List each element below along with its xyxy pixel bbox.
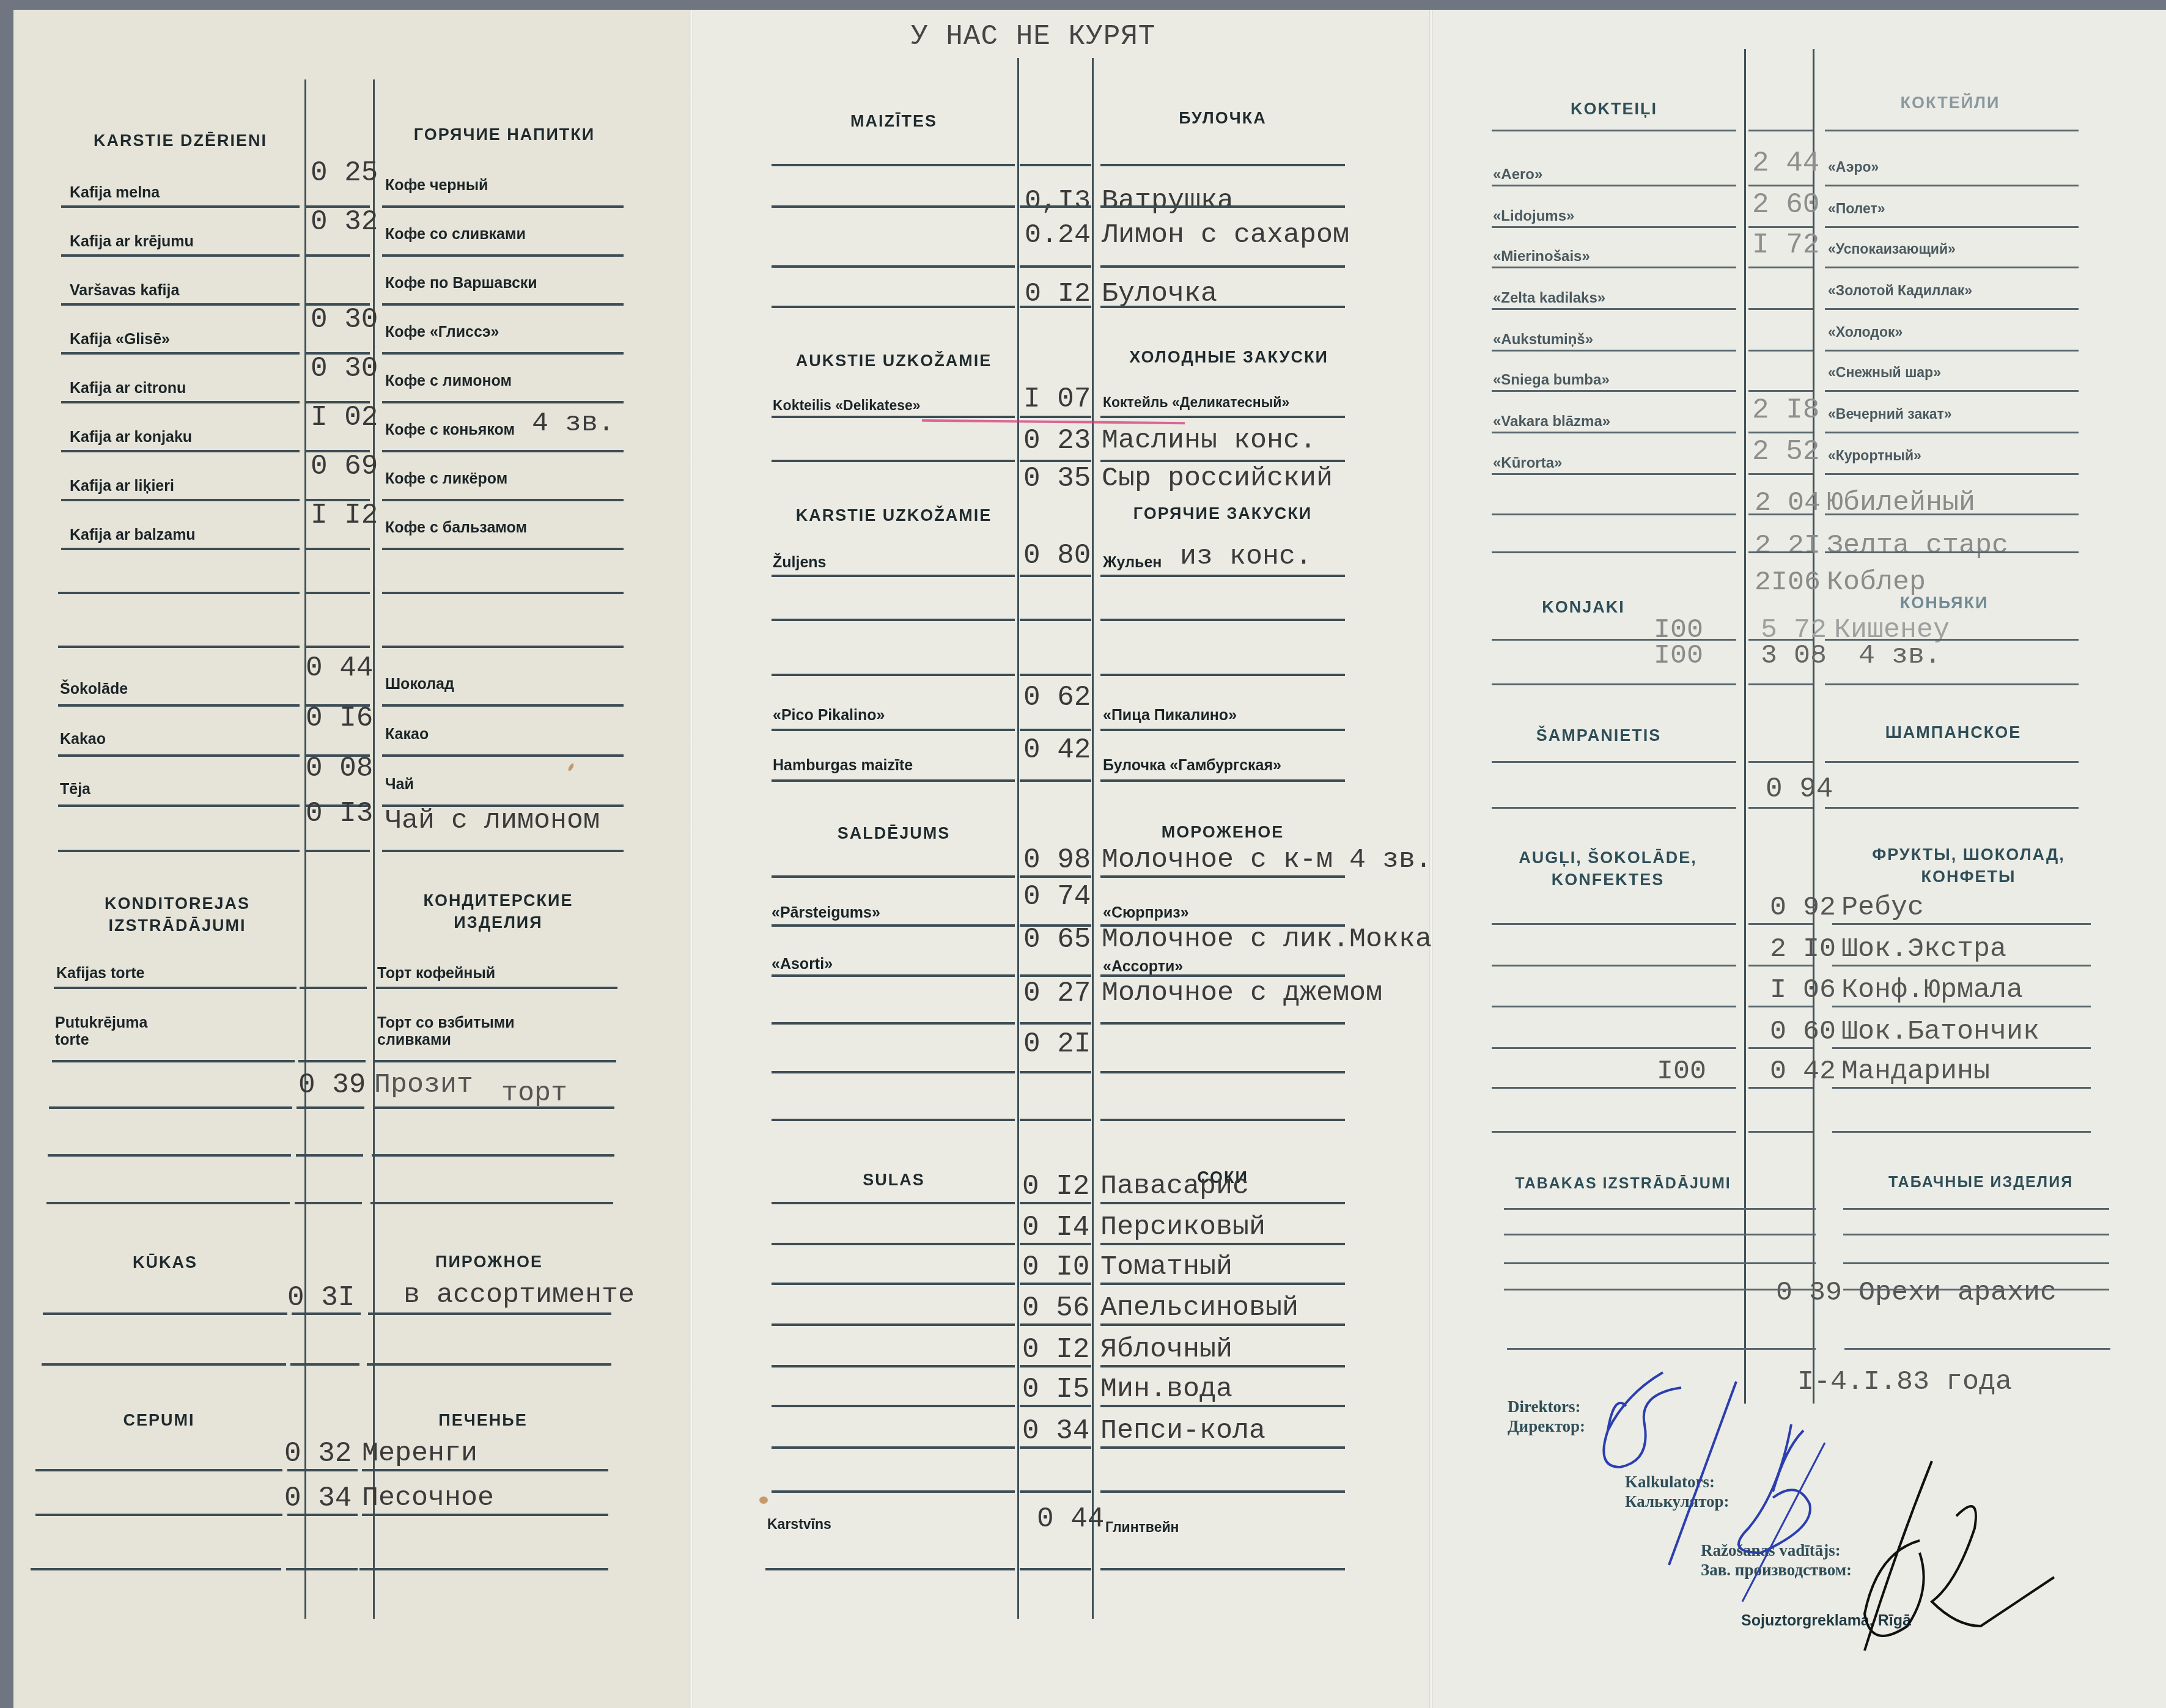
menu-item-ru-typed: Апельсиновый: [1100, 1294, 1298, 1322]
row-rule-price: [1020, 1568, 1091, 1570]
row-rule-left: [1492, 308, 1736, 310]
row-rule-price: [1020, 1022, 1091, 1025]
menu-item-price: 0 25: [311, 159, 378, 187]
row-rule-left: [54, 987, 297, 989]
row-rule-right: [362, 1469, 608, 1471]
row-rule-right: [1832, 1047, 2091, 1049]
menu-item-lv: Kakao: [60, 730, 106, 748]
menu-item-lv: «Asorti»: [772, 955, 833, 973]
row-rule-left: [772, 1365, 1015, 1368]
row-rule-right: [382, 850, 624, 852]
menu-item-ru: Какао: [385, 725, 429, 743]
menu-item-lv: «Lidojums»: [1493, 208, 1574, 226]
row-rule-left: [1492, 1087, 1736, 1089]
menu-item-price: I 02: [311, 403, 378, 432]
row-rule-right: [1100, 1365, 1345, 1368]
row-rule-price: [1748, 473, 1813, 475]
section-header-lv: CEPUMI: [37, 1409, 281, 1431]
row-rule-left: [43, 1312, 287, 1315]
row-rule-right: [1100, 1119, 1345, 1121]
menu-item-price: 2 60: [1752, 191, 1819, 219]
section-header-lv: KARSTIE DZĒRIENI: [61, 130, 300, 152]
section-header-lv: AUKSTIE UZKOŽAMIE: [772, 350, 1016, 372]
menu-item-price: 0 39: [1776, 1279, 1842, 1306]
row-rule-price: [1020, 205, 1091, 208]
menu-item-ru-typed: Маслины конс.: [1102, 427, 1316, 454]
row-rule-left: [1492, 514, 1736, 515]
menu-item-lv: Kafija «Glisē»: [70, 330, 170, 348]
row-rule-left: [35, 1514, 282, 1516]
menu-item-ru: «Ассорти»: [1103, 957, 1183, 976]
menu-item-price: 0 69: [311, 452, 378, 480]
row-rule-left: [1492, 432, 1736, 433]
menu-item-price: 0 42: [1023, 736, 1091, 764]
row-rule-price: [1748, 1131, 1813, 1133]
menu-item-ru: «Аэро»: [1828, 159, 1879, 176]
menu-item-price: 2 2I: [1755, 532, 1821, 559]
menu-item-price: I 06: [1770, 976, 1836, 1004]
menu-item-ru-typed: в ассортименте: [403, 1281, 635, 1309]
row-rule-left: [31, 1568, 281, 1570]
row-rule-price: [300, 987, 367, 989]
row-rule-price: [1020, 1365, 1091, 1368]
menu-item-ru: Кофе с бальзамом: [385, 518, 527, 537]
cognac-qty: I00: [1654, 642, 1703, 669]
row-rule-price: [1020, 729, 1091, 731]
row-rule-right: [382, 205, 624, 208]
row-rule-price: [1748, 1087, 1813, 1089]
row-rule-right: [382, 254, 624, 257]
menu-item-price: 2 04: [1755, 489, 1821, 517]
row-rule-left: [1492, 807, 1736, 809]
row-rule-right: [382, 499, 624, 501]
row-rule-left: [772, 674, 1015, 676]
row-rule-left: [1492, 1006, 1736, 1007]
menu-item-ru-typed: Пепси-кола: [1100, 1417, 1265, 1445]
row-rule-price: [1748, 308, 1813, 310]
row-rule-left: [772, 164, 1015, 166]
row-rule-price: [298, 1060, 366, 1062]
menu-item-price: 2 52: [1752, 438, 1819, 466]
section-header-ru: ФРУКТЫ, ШОКОЛАД, КОНФЕТЫ: [1840, 844, 2097, 888]
row-rule-right: [1100, 460, 1345, 462]
section-header-ru: ПИРОЖНОЕ: [367, 1251, 611, 1273]
fruit-qty: I00: [1657, 1058, 1706, 1085]
row-rule-right: [1100, 205, 1345, 208]
row-rule-price: [1756, 1348, 1816, 1350]
menu-item-ru-typed: Мандарины: [1841, 1058, 1990, 1085]
row-rule-price: [1020, 416, 1091, 418]
menu-item-price: 0 44: [1037, 1505, 1104, 1533]
menu-item-price: 0 23: [1023, 427, 1091, 455]
row-rule-right: [1100, 1568, 1345, 1570]
row-rule-right: [1825, 390, 2079, 392]
menu-item-price: 0 3I: [287, 1284, 355, 1312]
row-rule-right: [1100, 729, 1345, 731]
row-rule-right: [1844, 1348, 2110, 1350]
menu-item-price: I 07: [1023, 385, 1091, 413]
menu-item-lv: Kafija ar balzamu: [70, 526, 196, 544]
row-rule-left: [61, 499, 300, 501]
menu-item-ru-typed: Молочное с к-м 4 зв.: [1102, 846, 1432, 874]
menu-item-ru: Глинтвейн: [1105, 1519, 1179, 1536]
menu-item-ru-typed: Булочка: [1102, 280, 1217, 307]
row-rule-price: [306, 592, 370, 594]
stain: [759, 1496, 768, 1504]
section-header-lv: SULAS: [772, 1169, 1016, 1191]
row-rule-price: [1755, 1262, 1816, 1264]
section-header-ru: МОРОЖЕНОЕ: [1100, 821, 1345, 843]
row-rule-left: [58, 850, 300, 852]
row-rule-price: [1020, 460, 1091, 462]
row-rule-left: [42, 1363, 286, 1366]
row-rule-right: [1100, 779, 1345, 782]
row-rule-right: [1832, 1006, 2091, 1007]
section-header-ru: ШАМПАНСКОЕ: [1846, 721, 2060, 743]
menu-item-lv: «Sniega bumba»: [1493, 372, 1610, 389]
row-rule-price: [1748, 185, 1813, 186]
column-divider: [304, 79, 306, 1619]
row-rule-right: [1825, 807, 2079, 809]
section-header-lv: AUGĻI, ŠOKOLĀDE, KONFEKTES: [1492, 847, 1724, 891]
signature-label-director: Direktors: Директор:: [1508, 1397, 1585, 1437]
row-rule-left: [58, 592, 300, 594]
menu-item-ru-typed: Мин.вода: [1100, 1375, 1232, 1403]
menu-item-price: 0 I2: [1022, 1336, 1089, 1364]
row-rule-price: [292, 1312, 361, 1315]
row-rule-right: [382, 754, 624, 757]
menu-item-ru: Кофе «Глиссэ»: [385, 323, 499, 341]
menu-item-ru: Торт со взбитыми сливками: [377, 1015, 515, 1048]
row-rule-right: [1825, 551, 2079, 553]
menu-item-lv: «Pico Pikalino»: [773, 706, 885, 724]
section-header-ru: КОКТЕЙЛИ: [1828, 92, 2072, 114]
menu-item-ru: Чай: [385, 775, 414, 793]
row-rule-right: [1825, 130, 2079, 131]
menu-item-price: 0 44: [306, 654, 373, 682]
row-rule-right: [372, 1154, 614, 1157]
row-rule-right: [1825, 308, 2079, 310]
menu-item-lv: Tēja: [60, 780, 90, 798]
row-rule-left: [772, 1405, 1015, 1407]
row-rule-right: [1100, 674, 1345, 676]
menu-item-lv: «Aero»: [1493, 166, 1542, 184]
row-rule-right: [1100, 875, 1345, 878]
menu-item-ru: «Пица Пикалино»: [1103, 706, 1237, 724]
row-rule-right: [382, 303, 624, 306]
row-rule-right: [382, 704, 624, 707]
row-rule-left: [772, 575, 1015, 577]
menu-item-price: 0 I3: [306, 800, 373, 828]
menu-item-price: 2 44: [1752, 149, 1819, 177]
menu-item-price: 0 30: [311, 355, 378, 383]
menu-item-ru: Жульен: [1103, 553, 1162, 572]
fold-line: [690, 10, 693, 1708]
row-rule-right: [1825, 267, 2079, 268]
row-rule-right: [1832, 1131, 2091, 1133]
row-rule-price: [306, 254, 370, 257]
row-rule-left: [1504, 1208, 1755, 1210]
row-rule-left: [58, 804, 300, 807]
menu-item-ru-typed: Юбилейный: [1827, 489, 1975, 517]
menu-item-price: 0 74: [1023, 883, 1091, 911]
row-rule-left: [1492, 226, 1736, 228]
section-header-lv: ŠAMPANIETIS: [1492, 724, 1706, 746]
menu-item-ru-typed: Шок.Батончик: [1841, 1018, 2039, 1045]
row-rule-right: [1100, 1405, 1345, 1407]
menu-item-lv: Žuljens: [773, 553, 827, 572]
row-rule-price: [1020, 1490, 1091, 1493]
menu-item-ru: Шоколад: [385, 675, 454, 693]
row-rule-left: [772, 1323, 1015, 1326]
section-header-ru: ХОЛОДНЫЕ ЗАКУСКИ: [1100, 346, 1357, 368]
menu-item-price: 0 32: [311, 208, 378, 236]
row-rule-right: [1100, 1202, 1345, 1204]
row-rule-left: [1504, 1234, 1755, 1235]
row-rule-left: [772, 779, 1015, 782]
row-rule-left: [61, 205, 300, 208]
row-rule-right: [1100, 1022, 1345, 1025]
row-rule-price: [1748, 923, 1813, 925]
typed-note: из конс.: [1180, 543, 1312, 570]
menu-item-price: 3 08: [1761, 642, 1827, 669]
row-rule-right: [1100, 265, 1345, 268]
row-rule-left: [1492, 551, 1736, 553]
menu-item-price: 0 35: [1023, 465, 1091, 493]
section-header-lv: KARSTIE UZKOŽAMIE: [772, 504, 1016, 526]
menu-item-price: 0 30: [311, 306, 378, 334]
row-rule-price: [1020, 575, 1091, 577]
row-rule-left: [772, 1243, 1015, 1245]
row-rule-price: [1020, 1323, 1091, 1326]
row-rule-right: [382, 450, 624, 452]
menu-item-lv: Kafija ar citronu: [70, 379, 186, 397]
row-rule-right: [1825, 683, 2079, 685]
row-rule-right: [1100, 1490, 1345, 1493]
row-rule-right: [367, 1363, 611, 1366]
row-rule-right: [1825, 350, 2079, 352]
row-rule-price: [1748, 1006, 1813, 1007]
menu-item-ru-typed: Лимон с сахаром: [1102, 221, 1349, 249]
menu-item-price: 0 60: [1770, 1018, 1836, 1045]
menu-item-lv: «Zelta kadilaks»: [1493, 290, 1605, 307]
row-rule-right: [1100, 416, 1345, 418]
row-rule-price: [295, 1202, 362, 1204]
menu-item-ru: «Вечерний закат»: [1828, 406, 1952, 423]
menu-item-price: I I2: [311, 501, 378, 529]
section-header-ru: КОНЬЯКИ: [1852, 592, 2036, 614]
row-rule-right: [359, 1568, 608, 1570]
row-rule-left: [772, 416, 1015, 418]
row-rule-left: [772, 1202, 1015, 1204]
row-rule-price: [287, 1514, 358, 1516]
typed-note: торт: [501, 1080, 567, 1107]
menu-item-lv: Kafija melna: [70, 183, 160, 202]
signature-scribbles: [1590, 1369, 2091, 1687]
column-divider: [1092, 58, 1094, 1619]
row-rule-right: [370, 1202, 613, 1204]
row-rule-price: [1020, 1071, 1091, 1073]
row-rule-left: [46, 1202, 290, 1204]
row-rule-price: [1748, 226, 1813, 228]
section-header-lv: SALDĒJUMS: [772, 822, 1016, 844]
menu-item-price: 0 I5: [1022, 1375, 1089, 1404]
menu-item-ru-typed: Зелта старс: [1827, 532, 2008, 559]
menu-item-price: 0 42: [1770, 1058, 1836, 1085]
menu-item-ru-typed: Ватрушка: [1102, 187, 1234, 215]
row-rule-left: [772, 306, 1015, 308]
menu-item-price: 0 32: [284, 1440, 352, 1468]
menu-item-ru: «Полет»: [1828, 201, 1885, 218]
menu-item-price: 0 80: [1023, 542, 1091, 570]
row-rule-left: [35, 1469, 282, 1471]
section-header-ru: БУЛОЧКА: [1100, 107, 1345, 129]
menu-item-ru: Кофе черный: [385, 176, 488, 194]
menu-item-ru-typed: Томатный: [1100, 1253, 1232, 1281]
row-rule-left: [772, 265, 1015, 268]
row-rule-left: [1492, 965, 1736, 966]
row-rule-price: [1748, 514, 1813, 515]
menu-item-price: 0 I4: [1022, 1213, 1089, 1242]
row-rule-right: [376, 987, 617, 989]
row-rule-left: [49, 1106, 292, 1109]
menu-item-ru: Кофе со сливками: [385, 225, 526, 243]
row-rule-right: [1100, 1446, 1345, 1449]
row-rule-left: [772, 1490, 1015, 1493]
row-rule-right: [1832, 1087, 2091, 1089]
row-rule-price: [1020, 974, 1091, 977]
menu-item-price: 0 I6: [306, 704, 373, 732]
row-rule-price: [1020, 1243, 1091, 1245]
row-rule-left: [1492, 1047, 1736, 1049]
row-rule-price: [1755, 1208, 1816, 1210]
row-rule-left: [48, 1154, 291, 1157]
menu-item-ru-typed: 4 зв.: [1858, 642, 1941, 669]
menu-item-lv: Karstvīns: [767, 1516, 831, 1533]
row-rule-price: [306, 646, 370, 648]
menu-item-ru-typed: Персиковый: [1100, 1213, 1265, 1241]
row-rule-left: [1507, 1348, 1756, 1350]
row-rule-price: [1020, 265, 1091, 268]
row-rule-right: [1100, 974, 1345, 977]
row-rule-price: [1748, 432, 1813, 433]
row-rule-left: [772, 875, 1015, 878]
row-rule-right: [1832, 965, 2091, 966]
section-header-lv: MAIZĪTES: [772, 110, 1016, 132]
row-rule-price: [1748, 350, 1813, 352]
row-rule-right: [1825, 226, 2079, 228]
row-rule-right: [382, 352, 624, 355]
menu-item-ru-typed: Орехи арахис: [1858, 1279, 2057, 1306]
row-rule-left: [772, 619, 1015, 621]
menu-item-price: 0 94: [1766, 775, 1833, 803]
row-rule-price: [1020, 1202, 1091, 1204]
menu-item-price: 0 I2: [1025, 280, 1091, 307]
row-rule-price: [1755, 1234, 1816, 1235]
menu-item-ru: Булочка «Гамбургская»: [1103, 756, 1281, 775]
row-rule-right: [1100, 164, 1345, 166]
row-rule-left: [1492, 473, 1736, 475]
row-rule-price: [1020, 1119, 1091, 1121]
row-rule-left: [772, 1119, 1015, 1121]
menu-item-lv: Kafija ar krējumu: [70, 232, 194, 251]
menu-item-price: 2I06: [1755, 569, 1821, 596]
menu-item-ru: Кофе с ликёром: [385, 469, 507, 488]
row-rule-price: [1020, 619, 1091, 621]
menu-item-price: 0 34: [1022, 1417, 1089, 1445]
row-rule-price: [306, 548, 370, 550]
row-rule-left: [772, 924, 1015, 927]
row-rule-left: [61, 254, 300, 257]
row-rule-price: [296, 1154, 363, 1157]
row-rule-right: [382, 401, 624, 403]
menu-item-price: 0 98: [1023, 846, 1091, 874]
menu-item-ru: Кофе с лимоном: [385, 372, 512, 390]
row-rule-left: [1492, 390, 1736, 392]
menu-item-lv: «Pārsteigums»: [772, 904, 880, 922]
section-header-ru: ТАБАЧНЫЕ ИЗДЕЛИЯ: [1852, 1172, 2109, 1193]
menu-item-price: 2 I8: [1752, 396, 1819, 424]
row-rule-price: [290, 1363, 359, 1366]
row-rule-right: [1825, 473, 2079, 475]
row-rule-right: [1100, 1071, 1345, 1073]
panel-left: [13, 10, 691, 1708]
row-rule-left: [1492, 350, 1736, 352]
menu-item-lv: Kokteilis «Delikatese»: [773, 397, 921, 414]
menu-item-price: 0 I0: [1022, 1253, 1089, 1281]
row-rule-right: [1100, 1283, 1345, 1285]
menu-item-price: 0 62: [1023, 683, 1091, 712]
row-rule-price: [1748, 1047, 1813, 1049]
menu-item-price: 0 65: [1023, 926, 1091, 954]
row-rule-right: [1100, 1243, 1345, 1245]
row-rule-right: [1832, 923, 2091, 925]
row-rule-right: [1843, 1262, 2109, 1264]
menu-item-ru: Кофе по Варшавски: [385, 274, 537, 292]
row-rule-right: [373, 1106, 614, 1109]
menu-item-lv: «Vakara blāzma»: [1493, 413, 1610, 431]
menu-item-lv: «Kūrorta»: [1493, 455, 1562, 473]
menu-item-lv: Kafijas torte: [56, 964, 144, 982]
row-rule-price: [1020, 306, 1091, 308]
menu-item-lv: Kafija ar liķieri: [70, 477, 174, 495]
row-rule-left: [1492, 267, 1736, 268]
typed-note: 4 зв.: [532, 410, 614, 437]
row-rule-left: [772, 729, 1015, 731]
row-rule-right: [1825, 185, 2079, 186]
menu-item-price: 0 34: [284, 1484, 352, 1512]
row-rule-left: [61, 450, 300, 452]
row-rule-left: [1492, 185, 1736, 186]
menu-item-ru-typed: Яблочный: [1100, 1336, 1232, 1363]
row-rule-price: [1020, 164, 1091, 166]
section-header-lv: TABAKAS IZSTRĀDĀJUMI: [1492, 1174, 1755, 1194]
row-rule-right: [1843, 1234, 2109, 1235]
row-rule-left: [58, 646, 300, 648]
row-rule-price: [1020, 1446, 1091, 1449]
row-rule-right: [1100, 575, 1345, 577]
menu-item-price: 0,I3: [1025, 187, 1091, 215]
menu-item-lv: Putukrējuma torte: [55, 1015, 147, 1048]
row-rule-price: [1748, 267, 1813, 268]
menu-item-price: 2 I0: [1770, 935, 1836, 963]
row-rule-price: [1748, 965, 1813, 966]
row-rule-left: [765, 1568, 1015, 1570]
section-header-ru: ПЕЧЕНЬЕ: [361, 1409, 605, 1431]
menu-item-price: 0.24: [1025, 221, 1091, 249]
menu-item-ru-typed: Павасарис: [1100, 1172, 1249, 1200]
row-rule-price: [1020, 1405, 1091, 1407]
